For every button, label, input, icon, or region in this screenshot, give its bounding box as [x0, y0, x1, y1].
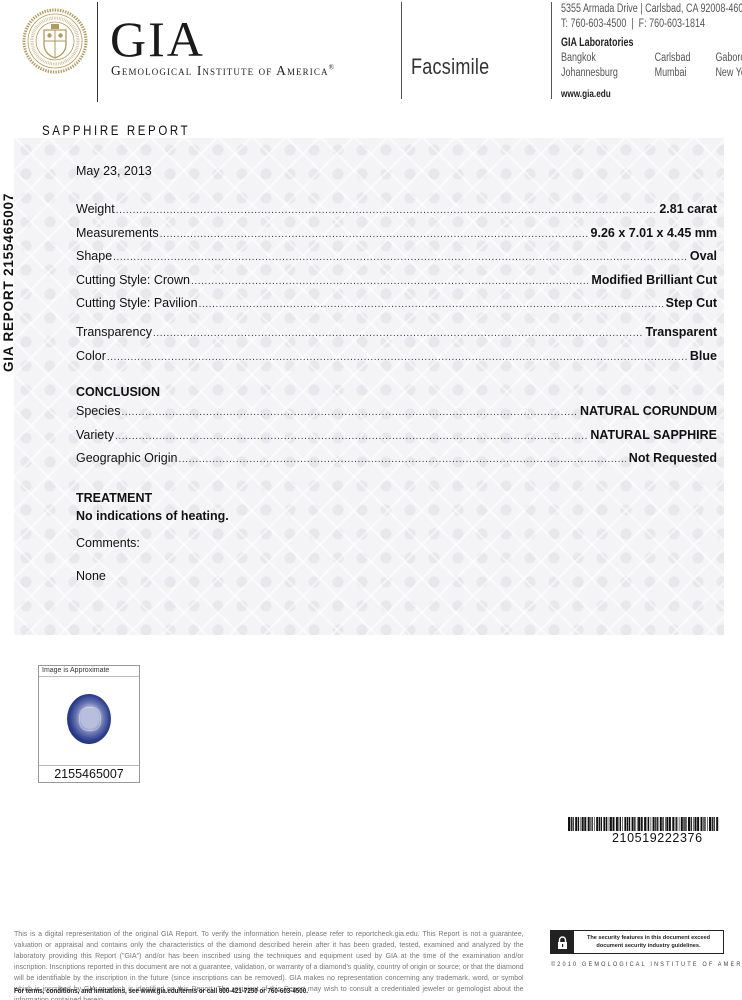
detail-label: Measurements	[76, 226, 159, 240]
lab-city: Carlsbad	[655, 51, 716, 66]
leader-dots	[160, 229, 588, 240]
leader-dots	[116, 205, 657, 216]
comments-value: None	[76, 569, 106, 583]
header-divider	[97, 2, 98, 102]
labs-title: GIA Laboratories	[561, 36, 742, 51]
header-divider	[551, 2, 552, 99]
report-title: SAPPHIRE REPORT	[42, 122, 190, 138]
sapphire-gem-icon	[67, 694, 111, 744]
treatment-heading: TREATMENT	[76, 491, 152, 505]
contact-block: 5355 Armada Drive | Carlsbad, CA 92008-4…	[561, 2, 742, 102]
detail-row-weight: Weight 2.81 carat	[76, 202, 717, 226]
detail-label: Variety	[76, 428, 114, 442]
leader-dots	[199, 299, 663, 310]
detail-row-shape: Shape Oval	[76, 249, 717, 273]
details-list: Weight 2.81 carat Measurements 9.26 x 7.…	[76, 202, 717, 320]
conclusion-heading: CONCLUSION	[76, 385, 160, 399]
detail-value: NATURAL CORUNDUM	[580, 404, 717, 418]
gia-full-name: Gemological Institute of America®	[111, 63, 335, 79]
lab-city: New York	[715, 66, 742, 81]
image-report-number: 2155465007	[39, 765, 139, 782]
treatment-text: No indications of heating.	[76, 509, 229, 523]
barcode-number: 210519222376	[612, 831, 703, 845]
detail-value: 9.26 x 7.01 x 4.45 mm	[591, 226, 717, 240]
document-type-label: Facsimile	[411, 54, 489, 80]
conclusion-list: Species NATURAL CORUNDUM Variety NATURAL…	[76, 404, 717, 475]
detail-row-crown: Cutting Style: Crown Modified Brilliant …	[76, 273, 717, 297]
lab-city: Johannesburg	[561, 66, 655, 81]
detail-label: Weight	[76, 202, 115, 216]
website-link[interactable]: www.gia.edu	[561, 87, 742, 102]
barcode-icon	[568, 817, 720, 831]
leader-dots	[121, 407, 576, 418]
detail-label: Transparency	[76, 325, 152, 339]
detail-label: Cutting Style: Crown	[76, 273, 190, 287]
lock-icon	[551, 931, 574, 953]
detail-row-variety: Variety NATURAL SAPPHIRE	[76, 428, 717, 452]
detail-row-color: Color Blue	[76, 349, 717, 373]
detail-row-transparency: Transparency Transparent	[76, 325, 717, 349]
report-number-side-label: GIA REPORT 2155465007	[1, 193, 16, 372]
leader-dots	[115, 431, 587, 442]
detail-label: Geographic Origin	[76, 451, 177, 465]
detail-value: Step Cut	[666, 296, 717, 310]
image-caption: Image is Approximate	[39, 666, 139, 677]
lab-city: Mumbai	[655, 66, 716, 81]
detail-value: Transparent	[645, 325, 717, 339]
detail-value: Not Requested	[629, 451, 717, 465]
report-date: May 23, 2013	[76, 164, 152, 178]
gia-wordmark: GIA	[110, 14, 205, 64]
detail-value: NATURAL SAPPHIRE	[590, 428, 717, 442]
address-line: 5355 Armada Drive | Carlsbad, CA 92008-4…	[561, 2, 742, 17]
detail-label: Species	[76, 404, 120, 418]
detail-label: Shape	[76, 249, 112, 263]
detail-value: 2.81 carat	[659, 202, 717, 216]
detail-row-measurements: Measurements 9.26 x 7.01 x 4.45 mm	[76, 226, 717, 250]
phone-line: T: 760-603-4500 | F: 760-603-1814	[561, 17, 742, 32]
detail-value: Modified Brilliant Cut	[591, 273, 717, 287]
security-notice-text: The security features in this document e…	[574, 931, 723, 953]
comments-label: Comments:	[76, 536, 140, 550]
detail-row-origin: Geographic Origin Not Requested	[76, 451, 717, 475]
lab-city: Gaborone	[715, 51, 742, 66]
detail-label: Cutting Style: Pavilion	[76, 296, 198, 310]
terms-line[interactable]: For terms, conditions, and limitations, …	[14, 986, 308, 995]
lab-cities: Bangkok Carlsbad Gaborone Johannesburg M…	[561, 51, 742, 81]
gia-seal-logo	[22, 8, 88, 74]
leader-dots	[178, 454, 625, 465]
copyright-line: ©2010 GEMOLOGICAL INSTITUTE OF AMERICA, …	[551, 961, 742, 968]
gem-image-box: Image is Approximate 2155465007	[38, 665, 140, 783]
detail-label: Color	[76, 349, 106, 363]
security-notice: The security features in this document e…	[550, 930, 724, 954]
leader-dots	[153, 328, 642, 339]
detail-row-species: Species NATURAL CORUNDUM	[76, 404, 717, 428]
detail-value: Oval	[690, 249, 717, 263]
leader-dots	[113, 252, 687, 263]
leader-dots	[191, 276, 588, 287]
header-divider	[401, 2, 402, 99]
appearance-list: Transparency Transparent Color Blue	[76, 325, 717, 372]
lab-city: Bangkok	[561, 51, 655, 66]
detail-value: Blue	[690, 349, 717, 363]
detail-row-pavilion: Cutting Style: Pavilion Step Cut	[76, 296, 717, 320]
leader-dots	[107, 352, 687, 363]
